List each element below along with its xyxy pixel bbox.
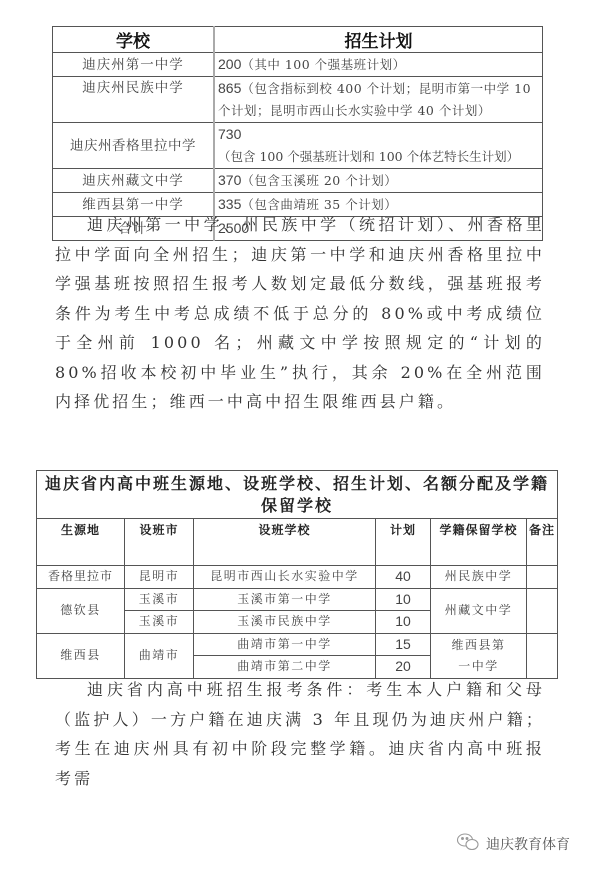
plan-cell: 200（其中 100 个强基班计划）	[214, 53, 543, 77]
school-name: 迪庆州民族中学	[53, 77, 215, 123]
school-name: 迪庆州藏文中学	[53, 169, 215, 193]
plan-detail: （其中 100 个强基班计划）	[241, 57, 405, 72]
origin-cell: 德钦县	[37, 588, 125, 633]
header-school: 设班学校	[194, 519, 376, 566]
plan-detail: （包含指标到校 400 个计划；昆明市第一中学 10 个计划；昆明市西山长水实验…	[218, 81, 531, 118]
plan-number: 370	[218, 172, 241, 188]
school-cell: 玉溪市民族中学	[194, 611, 376, 634]
retain-cell: 维西县第一中学	[431, 633, 527, 678]
header-plan: 计划	[376, 519, 431, 566]
wechat-watermark: 迪庆教育体育	[456, 832, 570, 856]
plan-cell: 40	[376, 566, 431, 589]
origin-cell: 维西县	[37, 633, 125, 678]
inprovince-class-table: 迪庆省内高中班生源地、设班学校、招生计划、名额分配及学籍保留学校 生源地 设班市…	[36, 470, 558, 679]
paragraph-text: 迪庆州第一中学、州民族中学（统招计划）、州香格里拉中学面向全州招生；迪庆第一中学…	[55, 210, 545, 417]
table-row: 德钦县 玉溪市 玉溪市第一中学 10 州藏文中学	[37, 588, 558, 611]
note-cell	[527, 633, 558, 678]
header-plan: 招生计划	[214, 27, 543, 53]
paragraph-text: 迪庆省内高中班招生报考条件：考生本人户籍和父母（监护人）一方户籍在迪庆满 3 年…	[55, 675, 545, 793]
header-note: 备注	[527, 519, 558, 566]
retain-cell: 州藏文中学	[431, 588, 527, 633]
school-name: 迪庆州第一中学	[53, 53, 215, 77]
header-school: 学校	[53, 27, 215, 53]
plan-cell: 15	[376, 633, 431, 656]
inprovince-conditions-paragraph: 迪庆省内高中班招生报考条件：考生本人户籍和父母（监护人）一方户籍在迪庆满 3 年…	[55, 675, 545, 793]
city-cell: 昆明市	[125, 566, 194, 589]
plan-cell: 730（包含 100 个强基班计划和 100 个体艺特长生计划）	[214, 123, 543, 169]
table-title: 迪庆省内高中班生源地、设班学校、招生计划、名额分配及学籍保留学校	[37, 471, 558, 519]
plan-detail: （包含 100 个强基班计划和 100 个体艺特长生计划）	[218, 149, 519, 164]
table-header-row: 学校 招生计划	[53, 27, 543, 53]
watermark-text: 迪庆教育体育	[486, 834, 570, 854]
table-row: 迪庆州第一中学 200（其中 100 个强基班计划）	[53, 53, 543, 77]
plan-detail: （包含玉溪班 20 个计划）	[241, 173, 397, 188]
plan-cell: 370（包含玉溪班 20 个计划）	[214, 169, 543, 193]
city-cell: 曲靖市	[125, 633, 194, 678]
note-cell	[527, 566, 558, 589]
plan-number: 730	[218, 126, 241, 142]
city-cell: 玉溪市	[125, 611, 194, 634]
city-cell: 玉溪市	[125, 588, 194, 611]
table-row: 迪庆州民族中学 865（包含指标到校 400 个计划；昆明市第一中学 10 个计…	[53, 77, 543, 123]
note-cell	[527, 588, 558, 633]
table-row: 维西县 曲靖市 曲靖市第一中学 15 维西县第一中学	[37, 633, 558, 656]
header-city: 设班市	[125, 519, 194, 566]
table-row: 迪庆州藏文中学 370（包含玉溪班 20 个计划）	[53, 169, 543, 193]
school-cell: 曲靖市第一中学	[194, 633, 376, 656]
retain-cell: 州民族中学	[431, 566, 527, 589]
table-row: 迪庆州香格里拉中学 730（包含 100 个强基班计划和 100 个体艺特长生计…	[53, 123, 543, 169]
origin-cell: 香格里拉市	[37, 566, 125, 589]
school-cell: 玉溪市第一中学	[194, 588, 376, 611]
enrollment-rules-paragraph: 迪庆州第一中学、州民族中学（统招计划）、州香格里拉中学面向全州招生；迪庆第一中学…	[55, 210, 545, 417]
plan-cell: 10	[376, 611, 431, 634]
table-row: 香格里拉市 昆明市 昆明市西山长水实验中学 40 州民族中学	[37, 566, 558, 589]
wechat-icon	[456, 832, 480, 856]
table-header-row: 生源地 设班市 设班学校 计划 学籍保留学校 备注	[37, 519, 558, 566]
enrollment-plan-table: 学校 招生计划 迪庆州第一中学 200（其中 100 个强基班计划） 迪庆州民族…	[52, 26, 543, 241]
plan-number: 865	[218, 80, 241, 96]
plan-cell: 865（包含指标到校 400 个计划；昆明市第一中学 10 个计划；昆明市西山长…	[214, 77, 543, 123]
school-cell: 昆明市西山长水实验中学	[194, 566, 376, 589]
header-origin: 生源地	[37, 519, 125, 566]
header-retain-school: 学籍保留学校	[431, 519, 527, 566]
school-name: 迪庆州香格里拉中学	[53, 123, 215, 169]
plan-cell: 10	[376, 588, 431, 611]
plan-number: 200	[218, 56, 241, 72]
